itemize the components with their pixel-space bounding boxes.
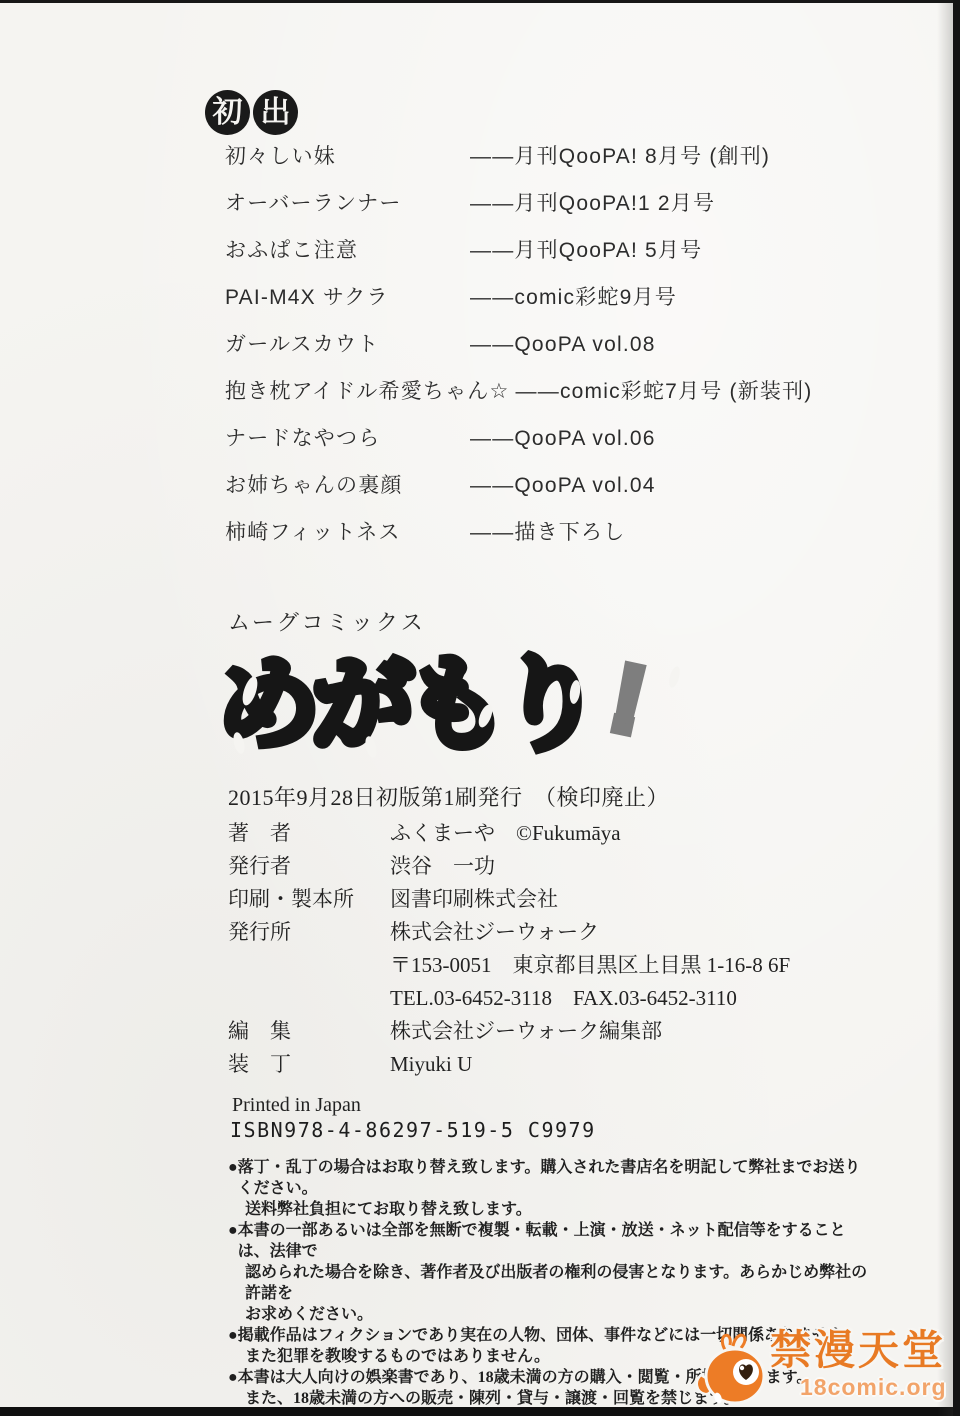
colophon-value: 株式会社ジーウォーク編集部 [390, 1020, 662, 1042]
publisher-address: 〒153-0051 東京都目黒区上目黒 1-16-8 6F [390, 954, 790, 976]
work-title: ナードなやつら [225, 428, 470, 450]
publication-row: おふぱこ注意 ——月刊QooPA! 5月号 [225, 240, 812, 262]
book-title-text: めがもり [218, 640, 594, 770]
colophon-row: 発行者 渋谷 一功 [228, 855, 790, 877]
colophon-label: 印刷・製本所 [228, 888, 390, 910]
first-publication-list: 初々しい妹 ——月刊QooPA! 8月号 (創刊) オーバーランナー ——月刊Q… [225, 146, 812, 569]
colophon-value: ふくまーや ©Fukumāya [390, 822, 621, 844]
notice-line: 送料弊社負担にてお取り替え致します。 [228, 1199, 876, 1220]
colophon-label: 発行者 [228, 855, 390, 877]
notice-line: お求めください。 [228, 1304, 876, 1325]
notice-line: ● 本書の一部あるいは全部を無断で複製・転載・上演・放送・ネット配信等をすること… [228, 1220, 876, 1262]
colophon-row: 装 丁 Miyuki U [228, 1053, 790, 1075]
publisher-phone: TEL.03-6452-3118 FAX.03-6452-3110 [390, 987, 737, 1009]
work-title: おふぱこ注意 [225, 240, 470, 262]
publication-row: 抱き枕アイドル希愛ちゃん☆ ——comic彩蛇7月号 (新装刊) [225, 381, 812, 403]
bullet-icon: ● [228, 1367, 238, 1388]
notice-text: 本書の一部あるいは全部を無断で複製・転載・上演・放送・ネット配信等をすることは、… [238, 1220, 876, 1262]
notice-text: また、18歳未満の方への販売・陳列・貸与・譲渡・回覧を禁じます。 [245, 1388, 740, 1409]
publication-row: PAI-M4X サクラ ——comic彩蛇9月号 [225, 287, 812, 309]
book-title-logo: めがもり! [218, 640, 718, 780]
work-source: ——描き下ろし [470, 522, 625, 544]
work-title: 柿崎フィットネス [225, 522, 470, 544]
scan-edge-right [953, 0, 960, 1416]
scan-edge-right-shadow [937, 0, 953, 1416]
publication-row: 柿崎フィットネス ——描き下ろし [225, 522, 812, 544]
printed-in-japan: Printed in Japan [232, 1094, 361, 1117]
work-source: ——月刊QooPA! 8月号 (創刊) [470, 146, 770, 168]
bullet-icon: ● [228, 1325, 238, 1346]
whale-mascot-icon [696, 1328, 768, 1412]
notice-text: お求めください。 [245, 1304, 373, 1325]
notice-text: 認められた場合を除き、著作者及び出版者の権利の侵害となります。あらかじめ弊社の許… [245, 1262, 876, 1304]
watermark-site-name: 禁漫天堂 [770, 1330, 946, 1371]
colophon-label: 装 丁 [228, 1053, 390, 1075]
edition-line: 2015年9月28日初版第1刷発行 （検印廃止） [228, 781, 669, 812]
colophon-row-address: 〒153-0051 東京都目黒区上目黒 1-16-8 6F [228, 954, 790, 976]
book-title-exclamation: ! [600, 638, 656, 762]
notice-text: また犯罪を教唆するものではありません。 [245, 1346, 550, 1367]
colophon-label [228, 987, 390, 1009]
notice-text: 送料弊社負担にてお取り替え致します。 [245, 1199, 532, 1220]
work-title: お姉ちゃんの裏顔 [225, 475, 470, 497]
publication-row: ガールスカウト ——QooPA vol.08 [225, 334, 812, 356]
seal-char: 出 [253, 90, 298, 135]
work-title: 抱き枕アイドル希愛ちゃん☆ [225, 381, 516, 403]
publication-row: ナードなやつら ——QooPA vol.06 [225, 428, 812, 450]
colophon-value: 図書印刷株式会社 [390, 888, 558, 910]
watermark-site-url: 18comic.org [800, 1376, 947, 1399]
work-source: ——QooPA vol.06 [470, 428, 656, 450]
seal-char: 初 [205, 90, 250, 135]
logo-highlight [667, 665, 682, 689]
work-source: ——comic彩蛇9月号 [470, 287, 677, 309]
scan-edge-top [0, 0, 960, 3]
bullet-icon: ● [228, 1220, 238, 1262]
colophon-row: 発行所 株式会社ジーウォーク [228, 921, 790, 943]
imprint-label: ムーグコミックス [228, 606, 426, 637]
site-watermark: 禁漫天堂 18comic.org [696, 1324, 952, 1414]
colophon-label: 発行所 [228, 921, 390, 943]
colophon-row-phone: TEL.03-6452-3118 FAX.03-6452-3110 [228, 987, 790, 1009]
publication-row: オーバーランナー ——月刊QooPA!1 2月号 [225, 193, 812, 215]
notice-line: 認められた場合を除き、著作者及び出版者の権利の侵害となります。あらかじめ弊社の許… [228, 1262, 876, 1304]
colophon-row: 著 者 ふくまーや ©Fukumāya [228, 822, 790, 844]
work-title: オーバーランナー [225, 193, 470, 215]
isbn-line: ISBN978-4-86297-519-5 C9979 [230, 1118, 596, 1142]
bullet-icon: ● [228, 1157, 238, 1199]
colophon-row: 編 集 株式会社ジーウォーク編集部 [228, 1020, 790, 1042]
work-title: PAI-M4X サクラ [225, 287, 470, 309]
notice-text: 落丁・乱丁の場合はお取り替え致します。購入された書店名を明記して弊社までお送りく… [238, 1157, 876, 1199]
work-source: ——月刊QooPA!1 2月号 [470, 193, 715, 215]
work-source: ——QooPA vol.04 [470, 475, 656, 497]
work-source: ——comic彩蛇7月号 (新装刊) [516, 381, 813, 403]
colophon-label: 著 者 [228, 822, 390, 844]
work-title: 初々しい妹 [225, 146, 470, 168]
colophon: 著 者 ふくまーや ©Fukumāya 発行者 渋谷 一功 印刷・製本所 図書印… [228, 822, 790, 1086]
colophon-label [228, 954, 390, 976]
colophon-value: Miyuki U [390, 1053, 472, 1075]
colophon-label: 編 集 [228, 1020, 390, 1042]
work-source: ——月刊QooPA! 5月号 [470, 240, 702, 262]
colophon-row: 印刷・製本所 図書印刷株式会社 [228, 888, 790, 910]
notice-line: ● 落丁・乱丁の場合はお取り替え致します。購入された書店名を明記して弊社までお送… [228, 1157, 876, 1199]
first-publication-header: 初 出 [205, 90, 298, 135]
publication-row: 初々しい妹 ——月刊QooPA! 8月号 (創刊) [225, 146, 812, 168]
work-source: ——QooPA vol.08 [470, 334, 656, 356]
colophon-value: 株式会社ジーウォーク [390, 921, 599, 943]
publication-row: お姉ちゃんの裏顔 ——QooPA vol.04 [225, 475, 812, 497]
colophon-value: 渋谷 一功 [390, 855, 495, 877]
work-title: ガールスカウト [225, 334, 470, 356]
